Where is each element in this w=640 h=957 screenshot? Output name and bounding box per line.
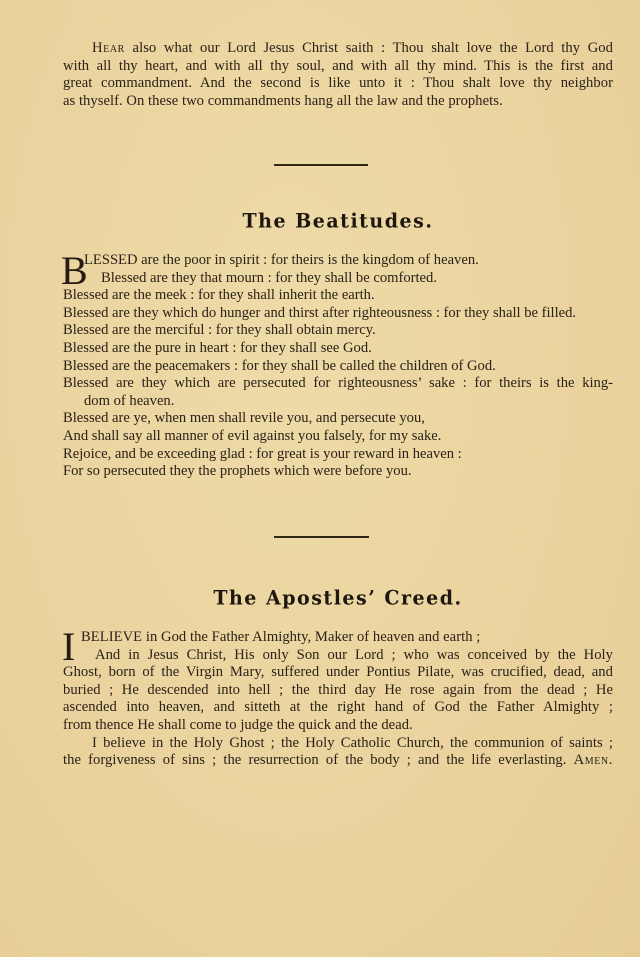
text-line: BELIEVE in God the Father Almighty, Make… [63, 629, 613, 647]
verse-line: Blessed are the pure in heart : for they… [63, 340, 613, 358]
drop-cap: I [62, 630, 75, 664]
beatitudes-text: B LESSED are the poor in spirit : for th… [63, 252, 613, 481]
verse-line: Blessed are the merciful : for they shal… [63, 322, 613, 340]
section-divider [274, 164, 368, 166]
verse-line: Rejoice, and be exceeding glad : for gre… [63, 446, 613, 464]
text-line: buried ; He descended into hell ; the th… [63, 682, 613, 700]
verse-line: Blessed are they which do hunger and thi… [63, 305, 613, 323]
drop-cap: B [61, 254, 88, 288]
commandment-summary-paragraph: Hear also what our Lord Jesus Christ sai… [63, 40, 613, 110]
verse-line: And shall say all manner of evil against… [63, 428, 613, 446]
text-line: ascended into heaven, and sitteth at the… [63, 699, 613, 717]
verse-line: Blessed are they that mourn : for they s… [63, 270, 613, 288]
text-line: from thence He shall come to judge the q… [63, 717, 613, 735]
text-line: Hear also what our Lord Jesus Christ sai… [63, 40, 613, 58]
verse-line: dom of heaven. [63, 393, 613, 411]
amen-word: Amen. [574, 752, 613, 768]
verse-line: Blessed are ye, when men shall revile yo… [63, 410, 613, 428]
text-line: I believe in the Holy Ghost ; the Holy C… [63, 735, 613, 753]
verse-line: Blessed are they which are persecuted fo… [63, 375, 613, 393]
lead-word: Hear [92, 40, 125, 56]
verse-line: For so persecuted they the prophets whic… [63, 463, 613, 481]
apostles-creed-heading: The Apostles’ Creed. [63, 586, 613, 609]
text-line: Ghost, born of the Virgin Mary, suffered… [63, 664, 613, 682]
section-divider [274, 536, 369, 538]
text-line: And in Jesus Christ, His only Son our Lo… [63, 647, 613, 665]
text-line: the forgiveness of sins ; the resurrecti… [63, 752, 613, 770]
text-line: great commandment. And the second is lik… [63, 75, 613, 93]
text-line: with all thy heart, and with all thy sou… [63, 58, 613, 76]
apostles-creed-text: I BELIEVE in God the Father Almighty, Ma… [63, 629, 613, 770]
text-line: as thyself. On these two commandments ha… [63, 93, 613, 111]
beatitudes-heading: The Beatitudes. [63, 209, 613, 232]
verse-line: Blessed are the peacemakers : for they s… [63, 358, 613, 376]
verse-line: Blessed are the meek : for they shall in… [63, 287, 613, 305]
verse-line: LESSED are the poor in spirit : for thei… [63, 252, 613, 270]
